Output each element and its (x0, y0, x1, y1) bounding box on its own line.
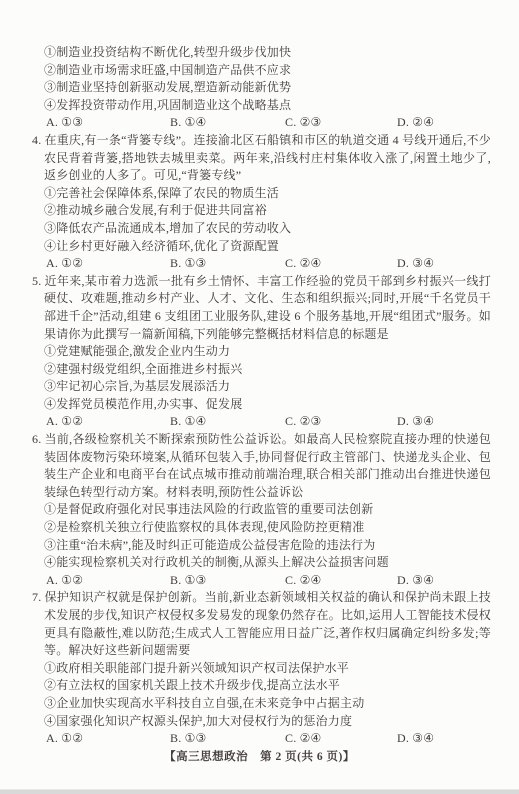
answer-option-a: A. ①② (46, 730, 170, 748)
choice-item: ②建强村级党组织,全面推进乡村振兴 (44, 361, 491, 379)
options-row: A. ①② B. ①③ C. ②④ D. ③④ (46, 730, 491, 748)
answer-option-d: D. ③④ (397, 413, 491, 431)
choice-item: ④国家强化知识产权源头保护,加大对侵权行为的惩治力度 (44, 713, 491, 731)
answer-option-c: C. ②④ (285, 730, 397, 748)
question-stem-text: 当前,各级检察机关不断探索预防性公益诉讼。如最高人民检察院直接办理的快递包装固体… (44, 432, 491, 499)
choice-item: ①政府相关职能部门提升新兴领域知识产权司法保护水平 (44, 660, 491, 678)
exam-page-content: ①制造业投资结构不断优化,转型升级步伐加快 ②制造业市场需求旺盛,中国制造产品供… (44, 44, 491, 748)
question-block-7: 7.保护知识产权就是保护创新。当前,新业态新领域相关权益的确认和保护尚未跟上技术… (44, 589, 491, 747)
question-stem: 5.近年来,某市着力选派一批有乡土情怀、丰富工作经验的党员干部到乡村振兴一线打硬… (44, 273, 491, 343)
answer-option-b: B. ①③ (170, 255, 285, 273)
question-number: 4. (32, 133, 44, 147)
choice-item: ②是检察机关独立行使监察权的具体表现,使风险防控更精准 (44, 519, 491, 537)
options-row: A. ①② B. ①④ C. ②③ D. ③④ (46, 413, 491, 431)
question-number: 7. (32, 590, 44, 604)
choice-item: ③降低农产品流通成本,增加了农民的劳动收入 (44, 220, 491, 238)
question-block-6: 6.当前,各级检察机关不断探索预防性公益诉讼。如最高人民检察院直接办理的快递包装… (44, 431, 491, 589)
choice-item: ②推动城乡融合发展,有利于促进共同富裕 (44, 202, 491, 220)
choice-item: ③制造业坚持创新驱动发展,塑造新动能新优势 (44, 79, 491, 97)
question-stem-text: 在重庆,有一条“背篓专线”。连接渝北区石船镇和市区的轨道交通 4 号线开通后,不… (44, 133, 491, 182)
choice-item: ④发挥党员模范作用,办实事、促发展 (44, 396, 491, 414)
question-stem-text: 保护知识产权就是保护创新。当前,新业态新领域相关权益的确认和保护尚未跟上技术发展… (44, 590, 491, 657)
question-number: 6. (32, 432, 44, 446)
answer-option-c: C. ②③ (285, 413, 397, 431)
answer-option-c: C. ②④ (285, 255, 397, 273)
choice-item: ②有立法权的国家机关跟上技术升级步伐,提高立法水平 (44, 677, 491, 695)
answer-option-d: D. ③④ (397, 572, 491, 590)
choice-item: ③企业加快实现高水平科技自立自强,在未来竞争中占据主动 (44, 695, 491, 713)
answer-option-a: A. ①② (46, 413, 170, 431)
choice-item: ①是督促政府强化对民事违法风险的行政监管的重要司法创新 (44, 501, 491, 519)
scan-edge (0, 789, 519, 794)
answer-option-a: A. ①② (46, 255, 170, 273)
question-block-5: 5.近年来,某市着力选派一批有乡土情怀、丰富工作经验的党员干部到乡村振兴一线打硬… (44, 273, 491, 431)
choice-item: ④发挥投资带动作用,巩固制造业这个战略基点 (44, 97, 491, 115)
answer-option-b: B. ①④ (170, 413, 285, 431)
question-stem-text: 近年来,某市着力选派一批有乡土情怀、丰富工作经验的党员干部到乡村振兴一线打硬仗、… (44, 274, 491, 341)
options-row: A. ①② B. ①③ C. ②④ D. ③④ (46, 255, 491, 273)
options-row: A. ①③ B. ①④ C. ②③ D. ②④ (46, 114, 491, 132)
choice-item: ①党建赋能强企,激发企业内生动力 (44, 343, 491, 361)
answer-option-b: B. ①④ (170, 114, 285, 132)
question-block-3: ①制造业投资结构不断优化,转型升级步伐加快 ②制造业市场需求旺盛,中国制造产品供… (44, 44, 491, 132)
answer-option-c: C. ②④ (285, 572, 397, 590)
question-stem: 6.当前,各级检察机关不断探索预防性公益诉讼。如最高人民检察院直接办理的快递包装… (44, 431, 491, 501)
choice-item: ②制造业市场需求旺盛,中国制造产品供不应求 (44, 62, 491, 80)
answer-option-d: D. ③④ (397, 255, 491, 273)
answer-option-d: D. ③④ (397, 730, 491, 748)
options-row: A. ①② B. ①③ C. ②④ D. ③④ (46, 572, 491, 590)
answer-option-b: B. ①③ (170, 730, 285, 748)
question-number: 5. (32, 274, 44, 288)
question-stem: 7.保护知识产权就是保护创新。当前,新业态新领域相关权益的确认和保护尚未跟上技术… (44, 589, 491, 659)
choice-item: ①制造业投资结构不断优化,转型升级步伐加快 (44, 44, 491, 62)
answer-option-a: A. ①② (46, 572, 170, 590)
answer-option-c: C. ②③ (285, 114, 397, 132)
choice-item: ④让乡村更好融入经济循环,优化了资源配置 (44, 238, 491, 256)
choice-item: ④能实现检察机关对行政机关的制衡,从源头上解决公益损害问题 (44, 554, 491, 572)
question-block-4: 4.在重庆,有一条“背篓专线”。连接渝北区石船镇和市区的轨道交通 4 号线开通后… (44, 132, 491, 273)
choice-item: ①完善社会保障体系,保障了农民的物质生活 (44, 185, 491, 203)
answer-option-a: A. ①③ (46, 114, 170, 132)
choice-item: ③注重“治未病”,能及时纠正可能造成公益侵害危险的违法行为 (44, 537, 491, 555)
choice-item: ③牢记初心宗旨,为基层发展添活力 (44, 378, 491, 396)
page-footer: 【高三思想政治 第 2 页(共 6 页)】 (0, 748, 519, 764)
answer-option-b: B. ①③ (170, 572, 285, 590)
question-stem: 4.在重庆,有一条“背篓专线”。连接渝北区石船镇和市区的轨道交通 4 号线开通后… (44, 132, 491, 185)
answer-option-d: D. ②④ (397, 114, 491, 132)
